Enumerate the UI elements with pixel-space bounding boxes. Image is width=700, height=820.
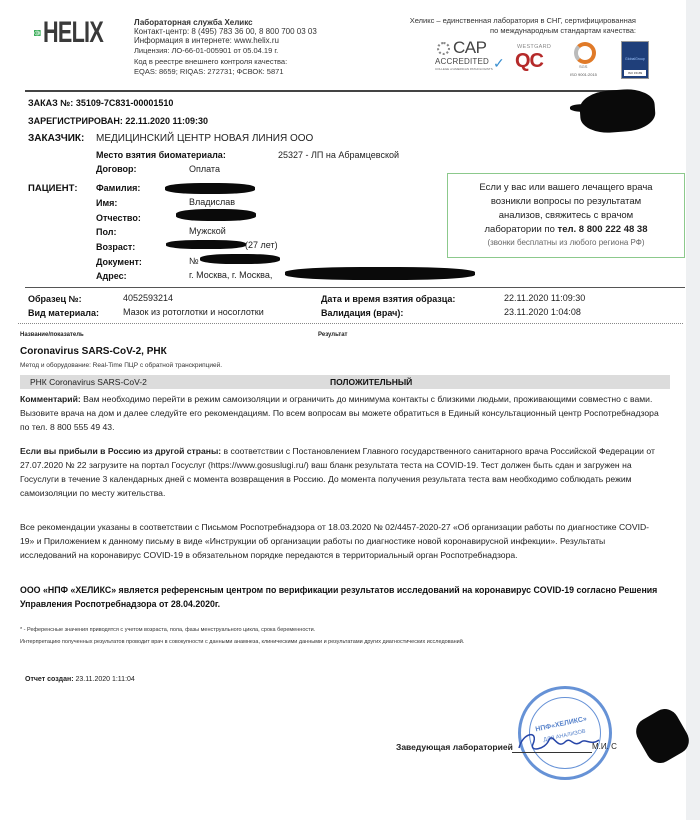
order-number: ЗАКАЗ №: 35109-7C831-00001510 (28, 98, 173, 108)
contract-value: Оплата (189, 164, 220, 174)
recommendations-paragraph: Все рекомендации указаны в соответствии … (20, 520, 660, 562)
cap-seal-icon (437, 42, 450, 55)
document-prefix: № (189, 256, 199, 266)
cap-accredited-logo: CAP ACCREDITED ✓ COLLEGE of AMERICAN PAT… (435, 40, 515, 70)
website-info: Информация в интернете: www.helix.ru (134, 36, 317, 45)
material-label: Вид материала: (28, 308, 99, 318)
cap-accredited-text: ACCREDITED (435, 57, 489, 66)
footnote-reference-values: * - Референсные значения приводятся с уч… (20, 627, 315, 633)
abroad-paragraph: Если вы прибыли в Россию из другой стран… (20, 444, 660, 500)
contact-center: Контакт-центр: 8 (495) 783 36 00, 8 800 … (134, 27, 317, 36)
patronymic-label: Отчество: (96, 213, 141, 223)
page-edge (686, 0, 700, 820)
cap-text: CAP (453, 38, 486, 58)
comment-paragraph: Комментарий: Вам необходимо перейти в ре… (20, 392, 660, 434)
first-name-value: Владислав (189, 197, 235, 207)
sample-datetime-label: Дата и время взятия образца: (321, 294, 455, 304)
global-group-logo: GlobalGroup ISO 15189 (621, 41, 649, 79)
redaction-mark (285, 267, 475, 280)
westgard-qc-logo: WESTGARD QC (515, 44, 555, 76)
redaction-mark (200, 254, 280, 264)
lab-contact-block: Лабораторная служба Хеликс Контакт-центр… (134, 18, 317, 45)
cert-line-2: по международным стандартам качества: (410, 26, 636, 36)
sample-value: 4052593214 (123, 293, 173, 303)
doctor-contact-box: Если у вас или вашего лечащего врача воз… (447, 173, 685, 258)
signatory-name: М.И. С (592, 742, 617, 751)
reference-center-paragraph: ООО «НПФ «ХЕЛИКС» является референсным ц… (20, 583, 660, 611)
customer-label: ЗАКАЗЧИК: (28, 133, 84, 144)
helix-swirl-icon (34, 18, 41, 48)
brand-name: HELIX (43, 16, 103, 50)
address-label: Адрес: (96, 271, 127, 281)
material-value: Мазок из ротоглотки и носоглотки (123, 307, 264, 317)
method-info: Метод и оборудование: Real-Time ПЦР с об… (20, 362, 222, 369)
quality-code-title: Код в реестре внешнего контроля качества… (134, 57, 287, 67)
test-title: Coronavirus SARS-CoV-2, РНК (20, 346, 167, 357)
section-divider (25, 287, 685, 288)
patient-label: ПАЦИЕНТ: (28, 183, 78, 194)
redaction-mark (176, 209, 256, 221)
redaction-mark (631, 704, 694, 768)
checkmark-icon: ✓ (493, 55, 505, 72)
registered-date: ЗАРЕГИСТРИРОВАН: 22.11.2020 11:09:30 (28, 116, 208, 126)
header-divider (25, 90, 633, 92)
sex-label: Пол: (96, 227, 116, 237)
site-label: Место взятия биоматериала: (96, 150, 226, 160)
qc-text: QC (515, 50, 543, 73)
customer-value: МЕДИЦИНСКИЙ ЦЕНТР НОВАЯ ЛИНИЯ ООО (96, 133, 313, 144)
column-header-result: Результат (318, 332, 347, 338)
sgs-iso-logo: ✓ SGS ISO 9001:2015 (570, 42, 600, 80)
license: Лицензия: ЛО-66-01-005901 от 05.04.19 г. (134, 46, 278, 55)
lab-report-page: HELIX Лабораторная служба Хеликс Контакт… (0, 0, 700, 820)
sample-label: Образец №: (28, 294, 82, 304)
sgs-check-icon: ✓ (580, 45, 588, 56)
footnote-interpretation: Интерпретацию полученных результатов про… (20, 639, 464, 645)
sgs-text: SGS (579, 64, 587, 69)
report-created: Отчет создан: 23.11.2020 1:11:04 (25, 676, 135, 683)
result-row: РНК Coronavirus SARS-CoV-2 ПОЛОЖИТЕЛЬНЫЙ (20, 375, 670, 389)
cert-line-1: Хеликс – единственная лаборатория в СНГ,… (410, 16, 636, 26)
result-test-name: РНК Coronavirus SARS-CoV-2 (30, 377, 147, 387)
helix-logo: HELIX (34, 17, 126, 49)
redaction-mark (165, 183, 255, 194)
lab-name: Лабораторная служба Хеликс (134, 18, 317, 27)
redaction-mark (570, 104, 610, 112)
sex-value: Мужской (189, 226, 226, 236)
site-value: 25327 - ЛП на Абрамцевской (278, 150, 399, 160)
cap-college-text: COLLEGE of AMERICAN PATHOLOGISTS (435, 67, 493, 71)
iso-15189-badge: ISO 15189 (624, 70, 646, 76)
result-value: ПОЛОЖИТЕЛЬНЫЙ (330, 377, 412, 387)
dotted-divider (18, 323, 683, 324)
iso-text: ISO 9001:2015 (570, 72, 597, 77)
redaction-mark (166, 240, 246, 249)
validation-label: Валидация (врач): (321, 308, 403, 318)
validation-value: 23.11.2020 1:04:08 (504, 307, 581, 317)
certification-text: Хеликс – единственная лаборатория в СНГ,… (410, 16, 636, 36)
surname-label: Фамилия: (96, 183, 140, 193)
first-name-label: Имя: (96, 198, 117, 208)
age-label: Возраст: (96, 242, 135, 252)
document-label: Документ: (96, 257, 142, 267)
global-group-text: GlobalGroup (625, 57, 645, 61)
address-value: г. Москва, г. Москва, (189, 270, 272, 280)
quality-codes: Код в реестре внешнего контроля качества… (134, 57, 287, 77)
sample-datetime-value: 22.11.2020 11:09:30 (504, 293, 585, 303)
quality-code-values: EQAS: 8659; RIQAS: 272731; ФСВОК: 5871 (134, 67, 287, 77)
doctor-phone: тел. 8 800 222 48 38 (558, 224, 648, 235)
contract-label: Договор: (96, 164, 137, 174)
signature-label: Заведующая лабораторией (396, 742, 513, 752)
age-value: (27 лет) (245, 240, 278, 250)
column-header-name: Название/показатель (20, 332, 84, 338)
